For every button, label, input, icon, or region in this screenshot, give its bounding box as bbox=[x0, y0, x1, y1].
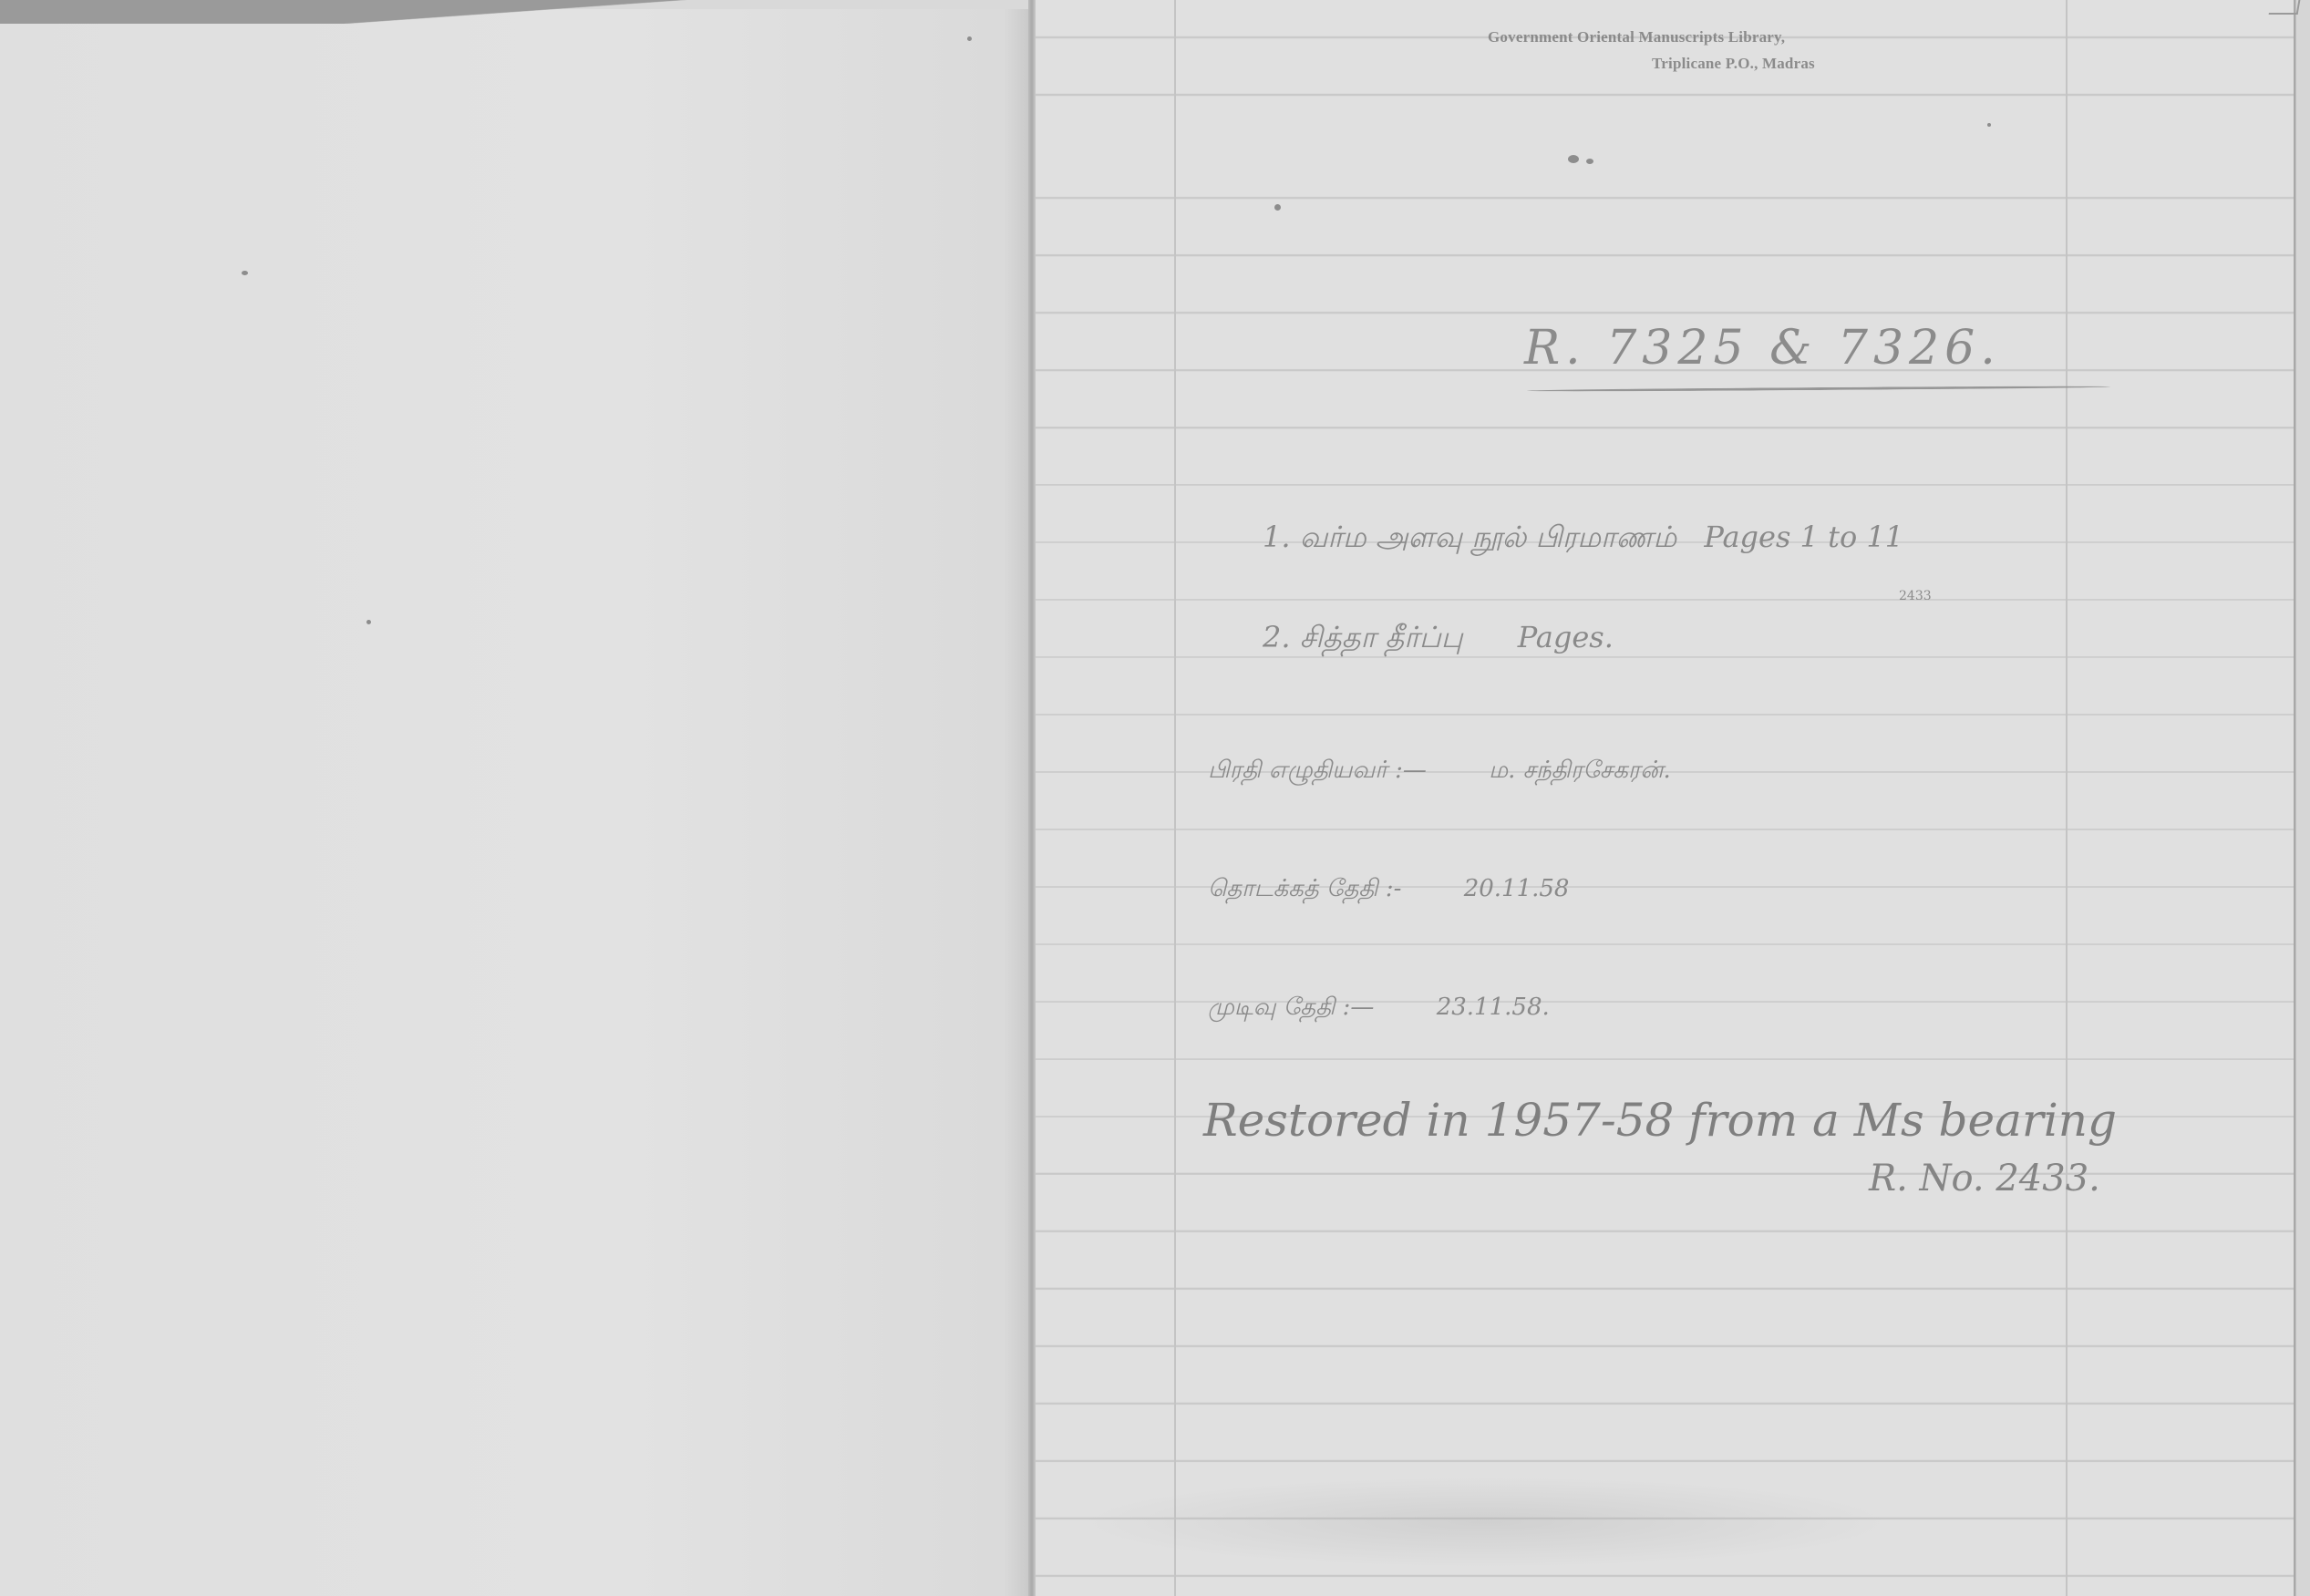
book-gutter bbox=[1028, 0, 1036, 1596]
library-stamp-line1: Government Oriental Manuscripts Library, bbox=[1488, 28, 1785, 46]
right-page-edge bbox=[2294, 0, 2310, 1596]
field-end-date: முடிவு தேதி :— 23.11.58. bbox=[1208, 994, 1550, 1024]
corner-tick-mark bbox=[2269, 0, 2301, 15]
bottom-smudge bbox=[1076, 1477, 1896, 1568]
cover-edge-shadow bbox=[0, 0, 793, 24]
item-1-number: 1. bbox=[1263, 520, 1291, 554]
right-margin-line bbox=[2066, 0, 2068, 1596]
ink-speck bbox=[366, 620, 371, 624]
end-date-value: 23.11.58. bbox=[1437, 994, 1550, 1021]
end-date-label: முடிவு தேதி :— bbox=[1208, 994, 1374, 1021]
item-2: 2. சித்தா தீர்ப்பு Pages. bbox=[1263, 620, 1614, 658]
copyist-label: பிரதி எழுதியவர் :— bbox=[1208, 757, 1427, 784]
item-2-number: 2. bbox=[1263, 620, 1291, 654]
left-page-blank bbox=[0, 9, 1035, 1596]
field-copyist: பிரதி எழுதியவர் :— ம. சந்திரசேகரன். bbox=[1208, 757, 1671, 787]
ink-speck bbox=[1987, 123, 1991, 127]
left-margin-line bbox=[1174, 0, 1176, 1596]
ink-speck bbox=[1586, 159, 1593, 164]
right-page-ruled bbox=[1036, 0, 2295, 1596]
ink-speck bbox=[242, 271, 248, 275]
ink-speck bbox=[1274, 204, 1281, 211]
copyist-value: ம. சந்திரசேகரன். bbox=[1489, 757, 1671, 784]
item-1-title: வர்ம அளவு நூல் பிரமாணம் bbox=[1300, 520, 1676, 554]
item-1: 1. வர்ம அளவு நூல் பிரமாணம் Pages 1 to 11 bbox=[1263, 520, 1903, 558]
reference-number: R. 7325 & 7326. bbox=[1524, 321, 2001, 376]
start-date-label: தொடக்கத் தேதி :- bbox=[1208, 875, 1401, 902]
start-date-value: 20.11.58 bbox=[1464, 875, 1570, 902]
restoration-note-line1: Restored in 1957-58 from a Ms bearing bbox=[1203, 1094, 2117, 1147]
ink-speck bbox=[967, 36, 972, 41]
restoration-note-line2: R. No. 2433. bbox=[1869, 1158, 2100, 1200]
item-1-pages: Pages 1 to 11 bbox=[1704, 520, 1903, 554]
item-2-title: சித்தா தீர்ப்பு bbox=[1300, 620, 1463, 654]
library-stamp-line2: Triplicane P.O., Madras bbox=[1652, 55, 1815, 73]
superscript-note: 2433 bbox=[1899, 589, 1932, 603]
item-2-pages: Pages. bbox=[1518, 620, 1614, 654]
ink-speck bbox=[1568, 155, 1579, 163]
field-start-date: தொடக்கத் தேதி :- 20.11.58 bbox=[1208, 875, 1569, 905]
